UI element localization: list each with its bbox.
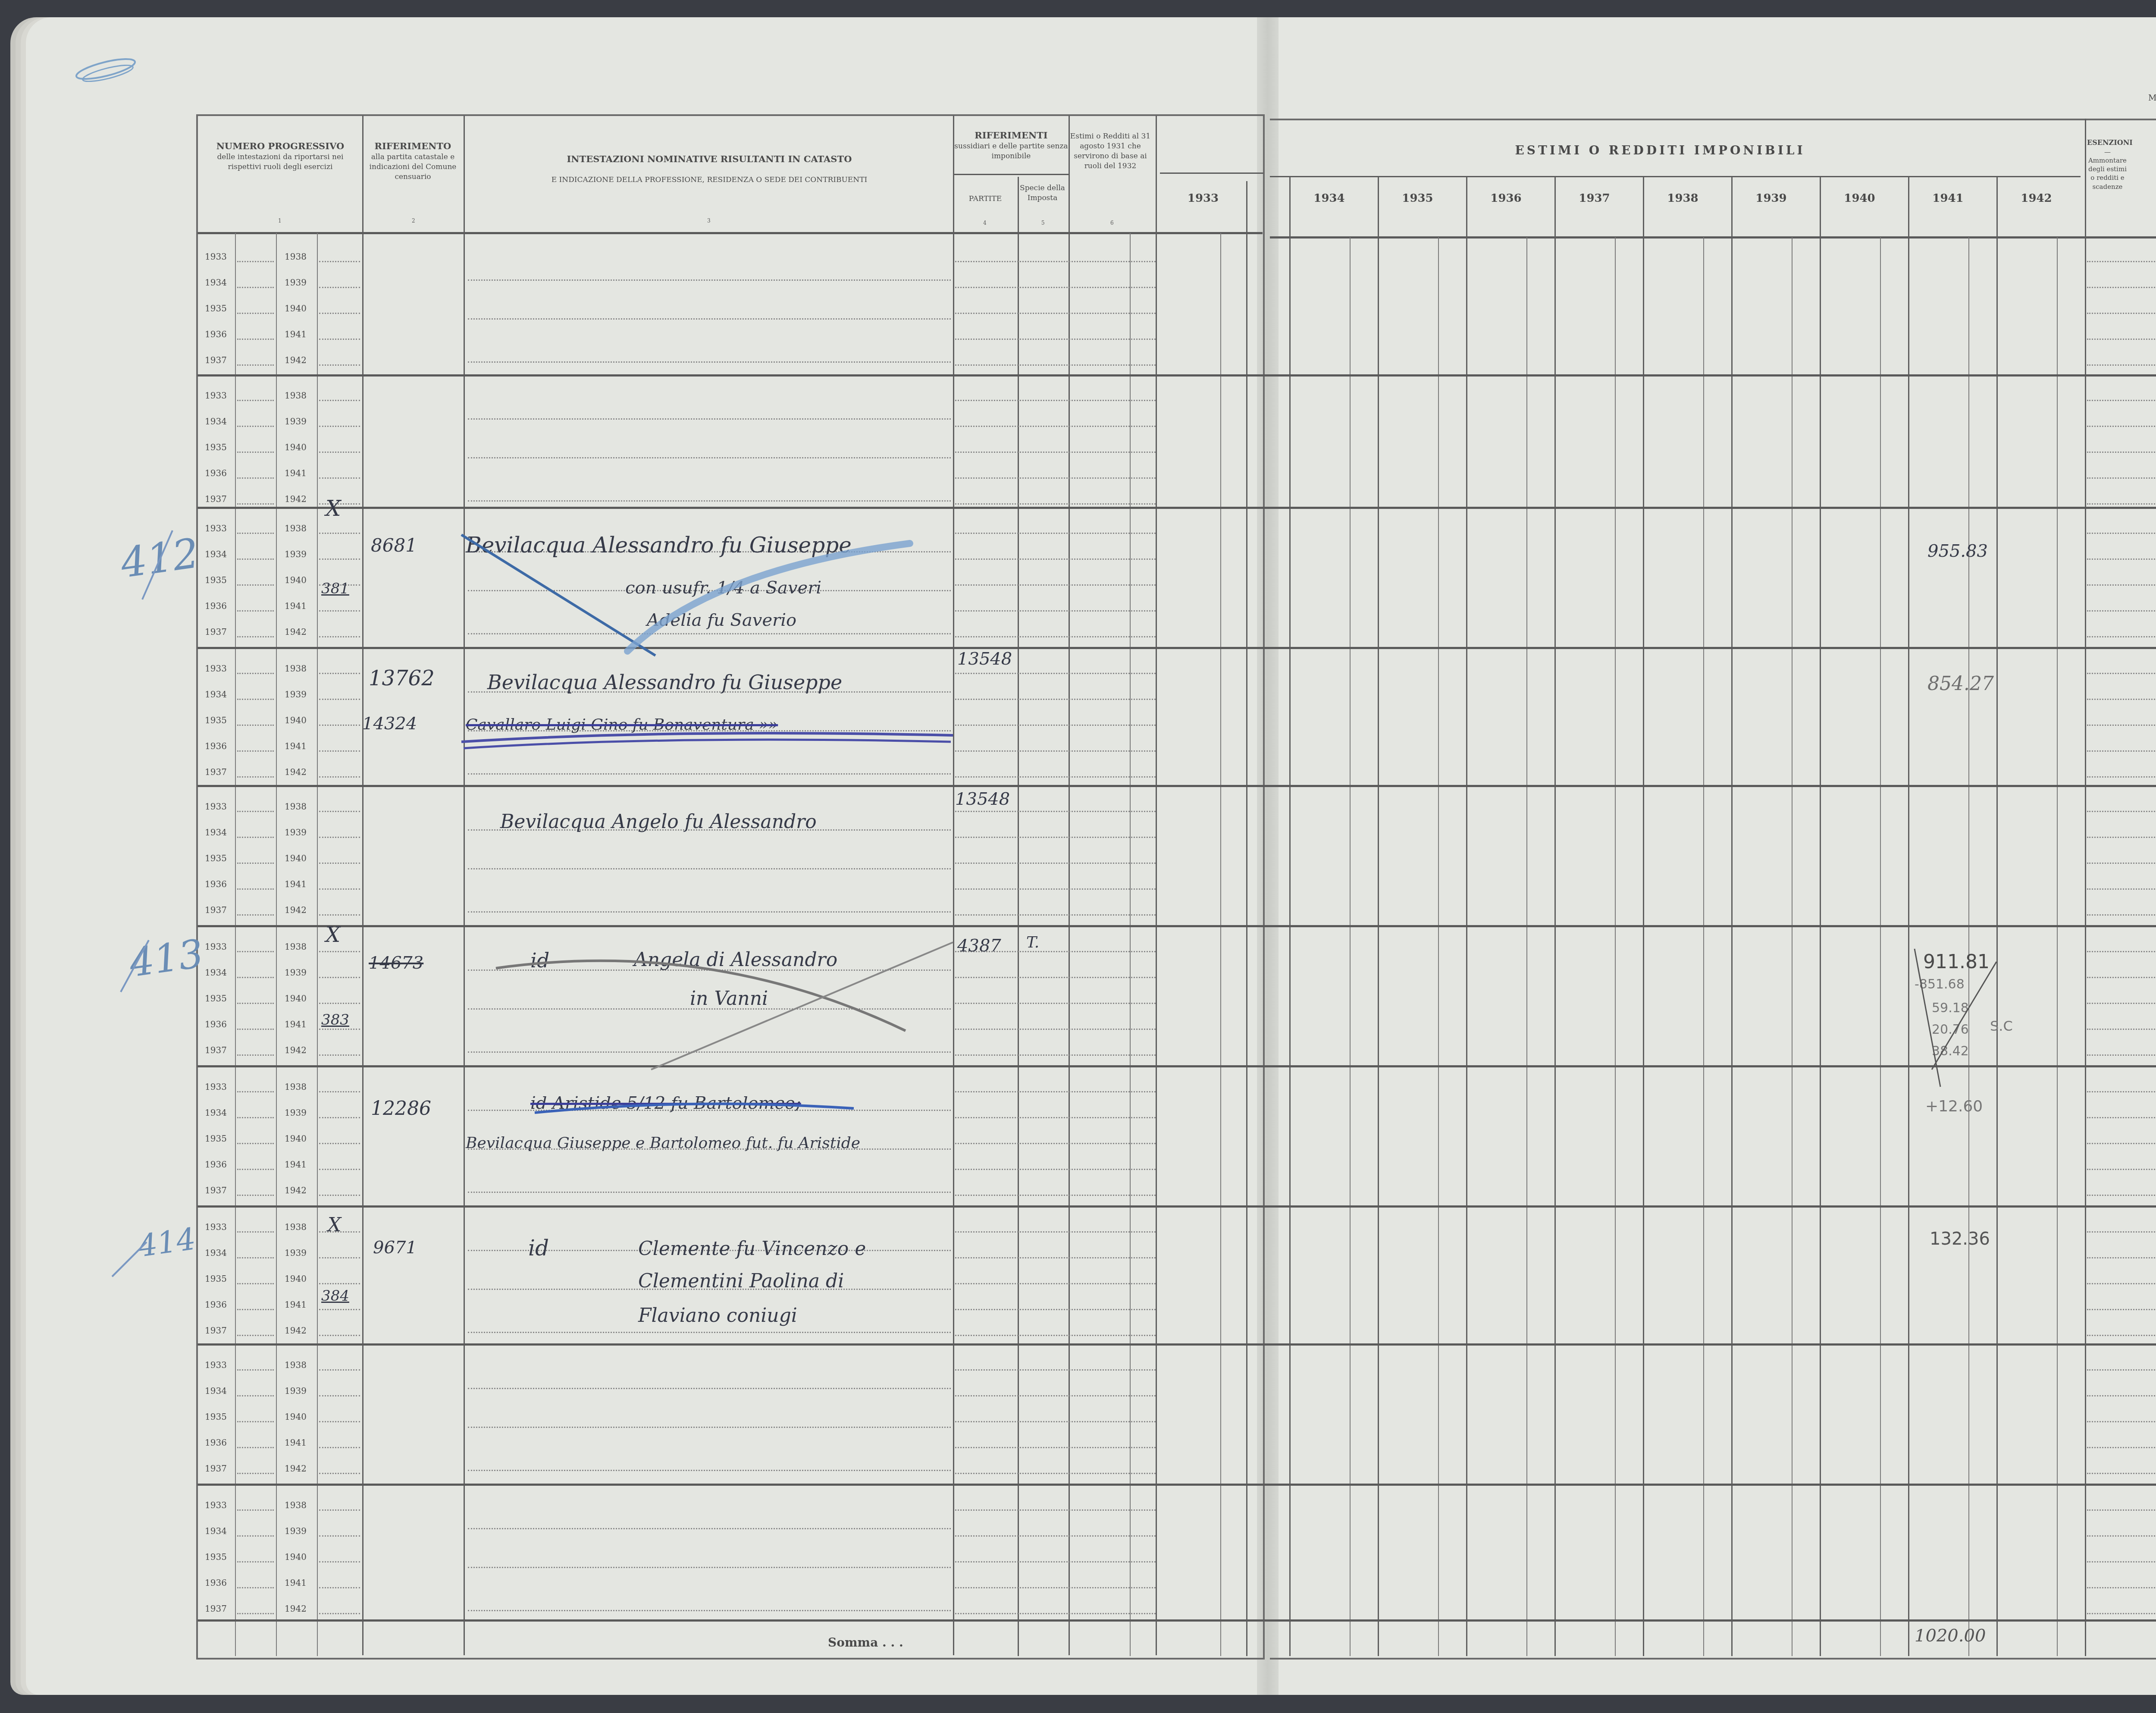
- strike-strokes: [0, 0, 2156, 1713]
